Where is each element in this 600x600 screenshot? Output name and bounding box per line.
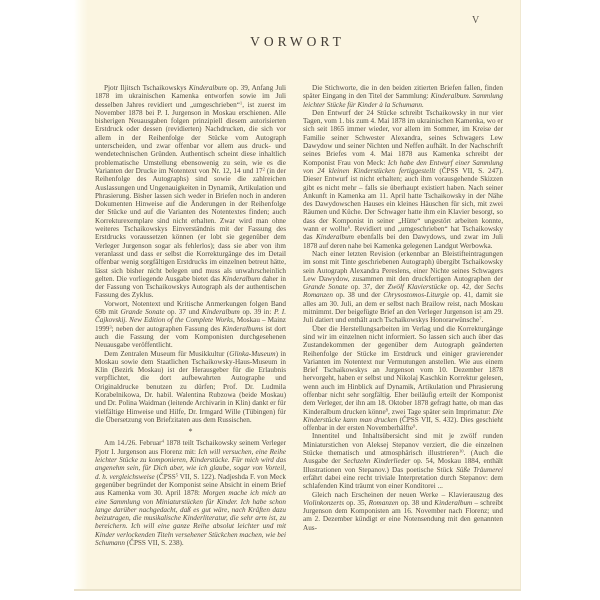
right-column: Die Stichworte, die in den beiden zitier… — [303, 84, 503, 570]
text-columns: Pjotr Iljitsch Tschaikowskys Kinderalbum… — [95, 84, 503, 570]
paragraph: Innentitel und Inhaltsübersicht sind mit… — [303, 432, 503, 490]
left-column: Pjotr Iljitsch Tschaikowskys Kinderalbum… — [95, 84, 286, 570]
paragraph: Nach einer letzten Revision (erkennbar a… — [303, 250, 503, 325]
paragraph: Pjotr Iljitsch Tschaikowskys Kinderalbum… — [95, 84, 286, 300]
page-number: V — [472, 15, 480, 26]
paragraph: Die Stichworte, die in den beiden zitier… — [303, 84, 503, 109]
paragraph: Gleich nach Erscheinen der neuen Werke –… — [303, 491, 503, 532]
paragraph: Dem Zentralen Museum für Musikkultur (Gl… — [95, 350, 286, 425]
paragraph: Den Entwurf der 24 Stücke schreibt Tscha… — [303, 109, 503, 250]
page-title: VORWORT — [74, 34, 521, 50]
section-separator: * — [95, 428, 286, 436]
paragraph: Vorwort, Notentext und Kritische Anmerku… — [95, 300, 286, 350]
paragraph: Über die Herstellungsarbeiten im Verlag … — [303, 325, 503, 433]
book-page: V VORWORT Pjotr Iljitsch Tschaikowskys K… — [74, 0, 521, 591]
paragraph: Am 14./26. Februar4 1878 teilt Tschaikow… — [95, 439, 286, 547]
